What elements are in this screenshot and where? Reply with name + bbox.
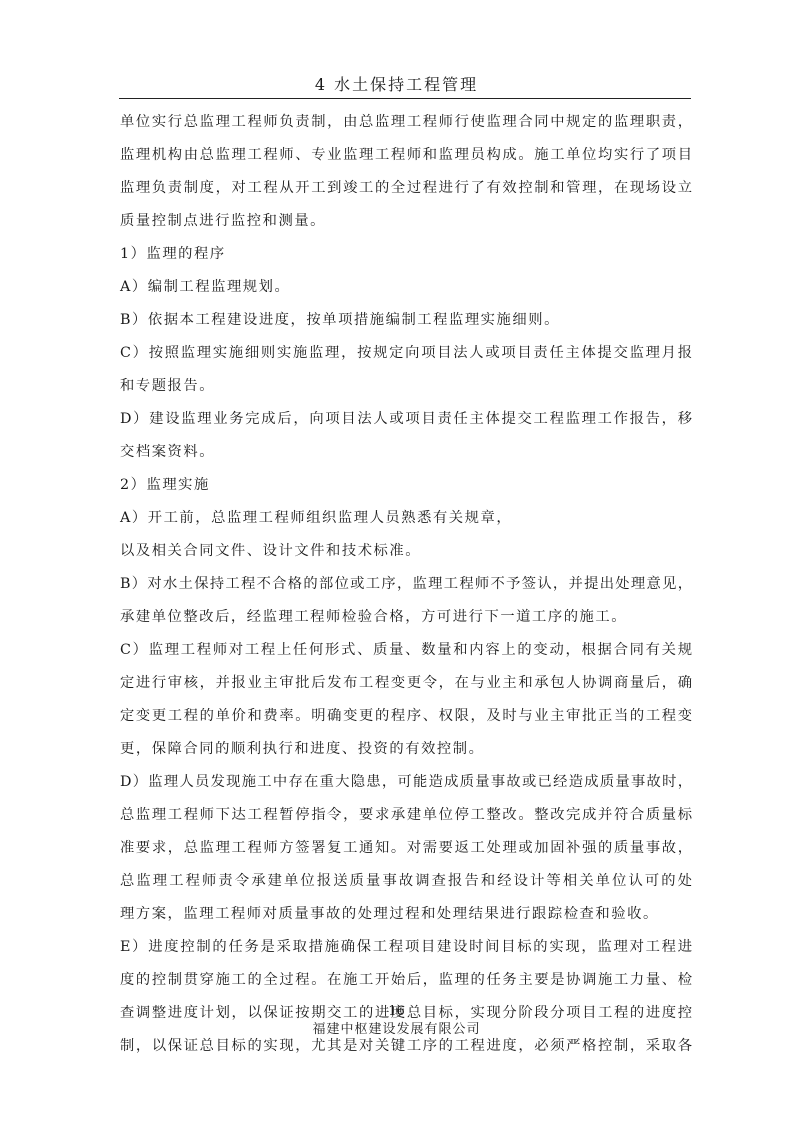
paragraph-line: 监理负责制度，对工程从开工到竣工的全过程进行了有效控制和管理，在现场设立 bbox=[120, 172, 692, 205]
header-divider bbox=[119, 98, 691, 99]
list-item-continuation: 定变更工程的单价和费率。明确变更的程序、权限，及时与业主审批正当的工程变 bbox=[120, 700, 692, 733]
paragraph-line: 监理机构由总监理工程师、专业监理工程师和监理员构成。施工单位均实行了项目 bbox=[120, 139, 692, 172]
list-item: E）进度控制的任务是采取措施确保工程项目建设时间目标的实现，监理对工程进 bbox=[120, 931, 692, 964]
footer-company-name: 福建中枢建设发展有限公司 bbox=[0, 1022, 793, 1038]
list-item-continuation: 定进行审核，并报业主审批后发布工程变更令，在与业主和承包人协调商量后，确 bbox=[120, 667, 692, 700]
list-item-continuation: 准要求，总监理工程师方签署复工通知。对需要返工处理或加固补强的质量事故， bbox=[120, 832, 692, 865]
page-number: 16 bbox=[0, 1004, 793, 1020]
paragraph-line: 质量控制点进行监控和测量。 bbox=[120, 205, 692, 238]
list-item: A）编制工程监理规划。 bbox=[120, 271, 692, 304]
running-header-title: 4 水土保持工程管理 bbox=[0, 75, 793, 95]
list-item: C）监理工程师对工程上任何形式、质量、数量和内容上的变动，根据合同有关规 bbox=[120, 634, 692, 667]
list-item-continuation: 承建单位整改后，经监理工程师检验合格，方可进行下一道工序的施工。 bbox=[120, 601, 692, 634]
list-item: A）开工前，总监理工程师组织监理人员熟悉有关规章， bbox=[120, 502, 692, 535]
list-item: B）对水土保持工程不合格的部位或工序，监理工程师不予签认，并提出处理意见， bbox=[120, 568, 692, 601]
list-item-continuation: 总监理工程师责令承建单位报送质量事故调查报告和经设计等相关单位认可的处 bbox=[120, 865, 692, 898]
list-item-continuation: 和专题报告。 bbox=[120, 370, 692, 403]
list-item: B）依据本工程建设进度，按单项措施编制工程监理实施细则。 bbox=[120, 304, 692, 337]
list-item: D）监理人员发现施工中存在重大隐患，可能造成质量事故或已经造成质量事故时， bbox=[120, 766, 692, 799]
section-heading: 1）监理的程序 bbox=[120, 238, 692, 271]
list-item-continuation: 总监理工程师下达工程暂停指令，要求承建单位停工整改。整改完成并符合质量标 bbox=[120, 799, 692, 832]
section-heading: 2）监理实施 bbox=[120, 469, 692, 502]
list-item-continuation: 以及相关合同文件、设计文件和技术标准。 bbox=[120, 535, 692, 568]
list-item-continuation: 更，保障合同的顺利执行和进度、投资的有效控制。 bbox=[120, 733, 692, 766]
list-item-continuation: 度的控制贯穿施工的全过程。在施工开始后，监理的任务主要是协调施工力量、检 bbox=[120, 964, 692, 997]
document-body: 单位实行总监理工程师负责制，由总监理工程师行使监理合同中规定的监理职责， 监理机… bbox=[120, 106, 692, 1063]
list-item: D）建设监理业务完成后，向项目法人或项目责任主体提交工程监理工作报告，移 bbox=[120, 403, 692, 436]
paragraph-line: 单位实行总监理工程师负责制，由总监理工程师行使监理合同中规定的监理职责， bbox=[120, 106, 692, 139]
list-item: C）按照监理实施细则实施监理，按规定向项目法人或项目责任主体提交监理月报 bbox=[120, 337, 692, 370]
list-item-continuation: 理方案，监理工程师对质量事故的处理过程和处理结果进行跟踪检查和验收。 bbox=[120, 898, 692, 931]
list-item-continuation: 交档案资料。 bbox=[120, 436, 692, 469]
